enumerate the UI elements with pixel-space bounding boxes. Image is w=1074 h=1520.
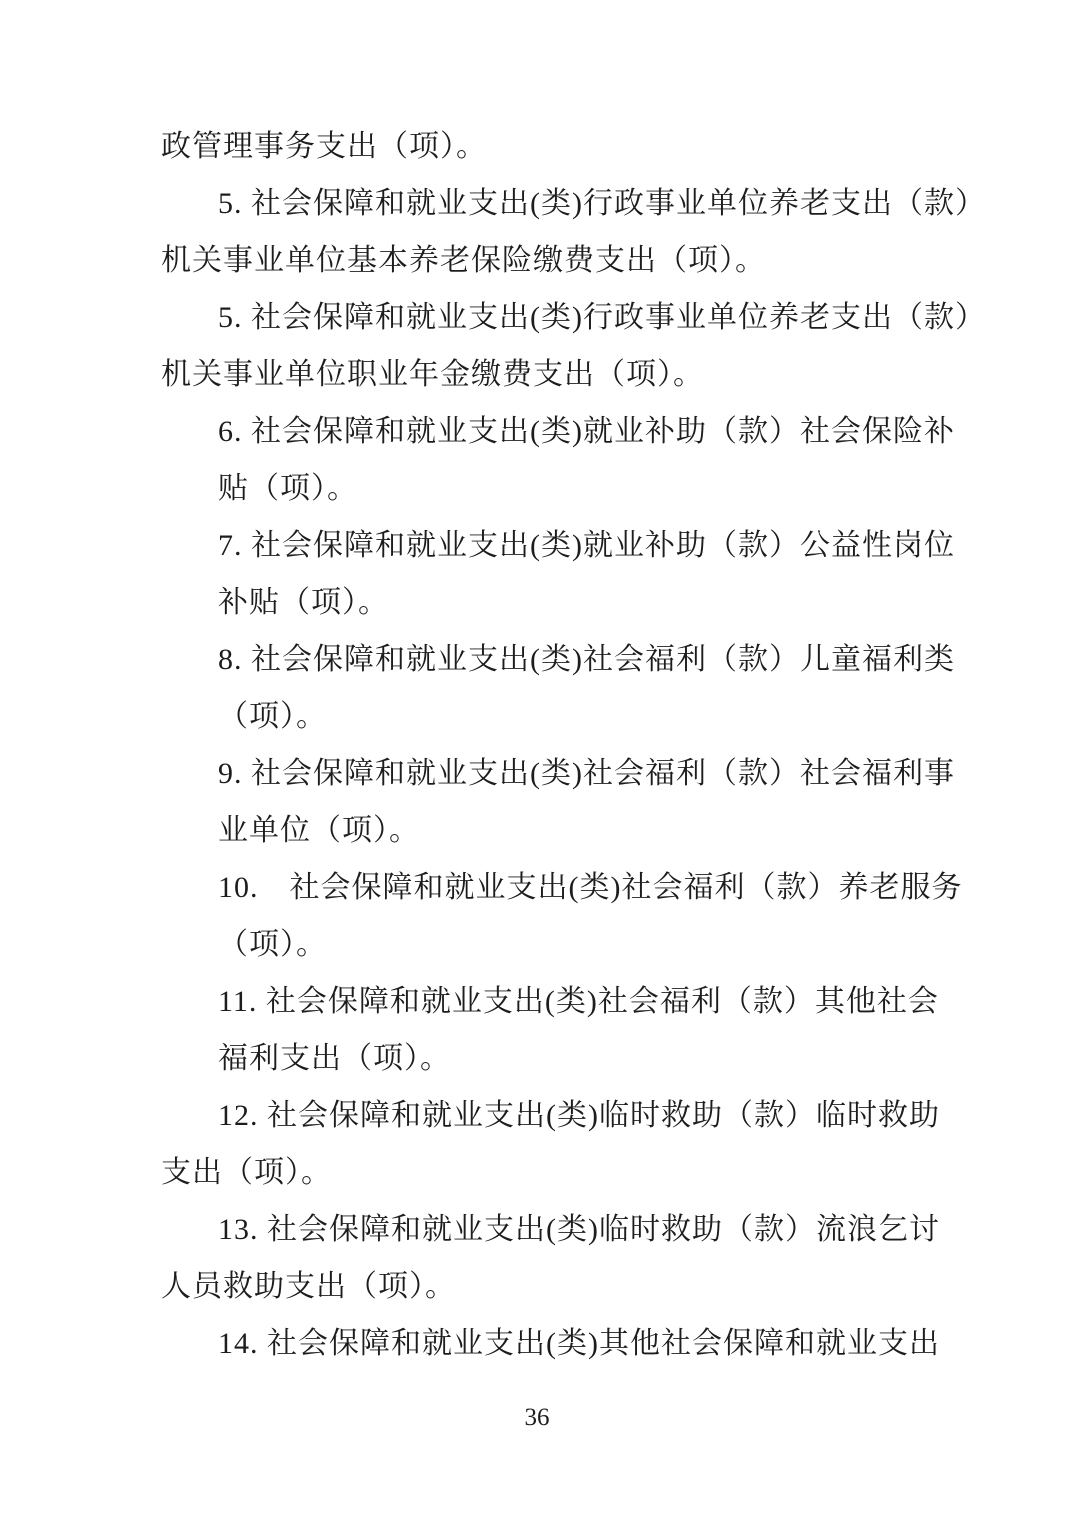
text-line: 5. 社会保障和就业支出(类)行政事业单位养老支出（款）: [161, 175, 941, 232]
text-line: 业单位（项）。: [161, 802, 941, 859]
text-line: 10. 社会保障和就业支出(类)社会福利（款）养老服务: [161, 859, 941, 916]
text-line: 9. 社会保障和就业支出(类)社会福利（款）社会福利事: [161, 745, 941, 802]
text-line: 机关事业单位职业年金缴费支出（项）。: [161, 346, 941, 403]
text-line: 14. 社会保障和就业支出(类)其他社会保障和就业支出: [161, 1315, 941, 1372]
text-line: 8. 社会保障和就业支出(类)社会福利（款）儿童福利类: [161, 631, 941, 688]
text-line: （项）。: [161, 916, 941, 973]
text-line: 11. 社会保障和就业支出(类)社会福利（款）其他社会: [161, 973, 941, 1030]
text-line: 支出（项）。: [161, 1144, 941, 1201]
text-line: 5. 社会保障和就业支出(类)行政事业单位养老支出（款）: [161, 289, 941, 346]
text-line: 12. 社会保障和就业支出(类)临时救助（款）临时救助: [161, 1087, 941, 1144]
page-number: 36: [0, 1398, 1074, 1438]
text-line: （项）。: [161, 688, 941, 745]
text-line: 政管理事务支出（项）。: [161, 118, 941, 175]
text-line: 人员救助支出（项）。: [161, 1258, 941, 1315]
text-line: 机关事业单位基本养老保险缴费支出（项）。: [161, 232, 941, 289]
document-body: 政管理事务支出（项）。 5. 社会保障和就业支出(类)行政事业单位养老支出（款）…: [161, 118, 941, 1372]
document-page: 政管理事务支出（项）。 5. 社会保障和就业支出(类)行政事业单位养老支出（款）…: [0, 0, 1074, 1520]
text-line: 福利支出（项）。: [161, 1030, 941, 1087]
text-line: 13. 社会保障和就业支出(类)临时救助（款）流浪乞讨: [161, 1201, 941, 1258]
text-line: 贴（项）。: [161, 460, 941, 517]
text-line: 7. 社会保障和就业支出(类)就业补助（款）公益性岗位: [161, 517, 941, 574]
text-line: 6. 社会保障和就业支出(类)就业补助（款）社会保险补: [161, 403, 941, 460]
text-line: 补贴（项）。: [161, 574, 941, 631]
